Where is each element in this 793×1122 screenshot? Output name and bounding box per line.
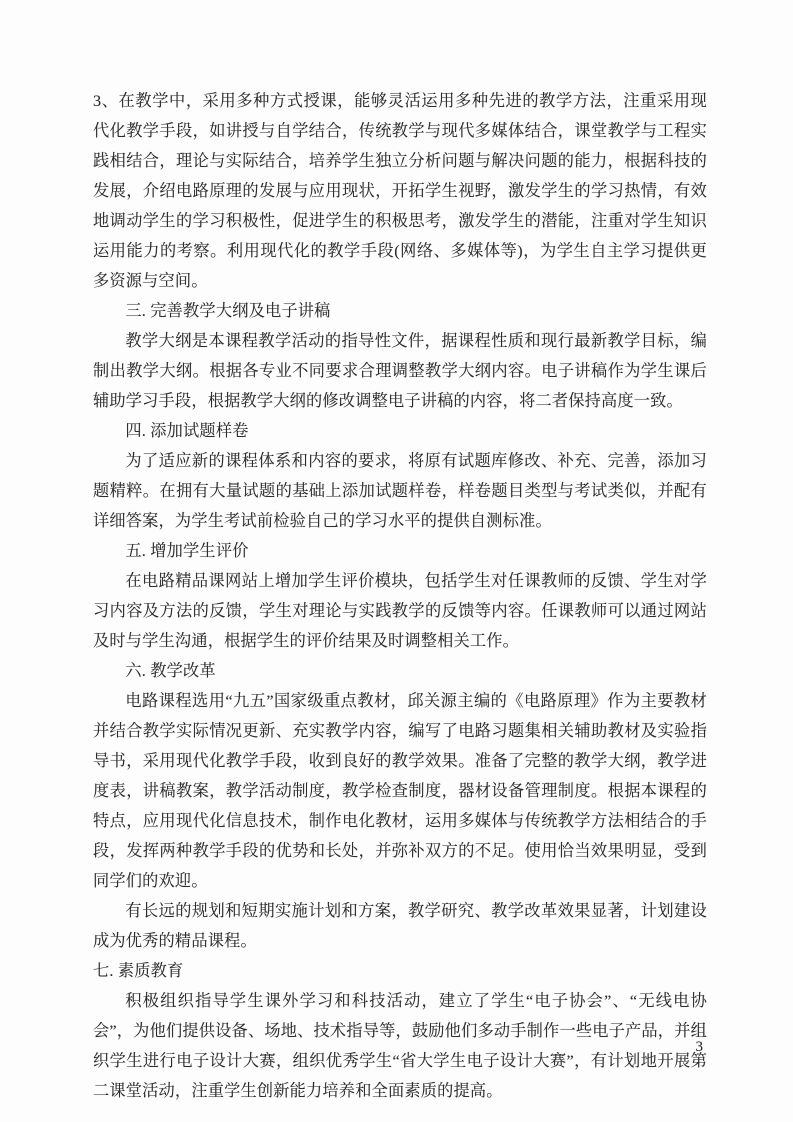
section-heading-5: 五. 增加学生评价	[93, 536, 707, 566]
paragraph-section-3: 教学大纲是本课程教学活动的指导性文件，据课程性质和现行最新教学目标，编制出教学大…	[93, 326, 707, 416]
section-heading-6: 六. 教学改革	[93, 656, 707, 686]
paragraph-section-4: 为了适应新的课程体系和内容的要求，将原有试题库修改、补充、完善，添加习题精粹。在…	[93, 446, 707, 536]
section-heading-4: 四. 添加试题样卷	[93, 416, 707, 446]
paragraph-continued-item-3: 3、在教学中，采用多种方式授课，能够灵活运用多种先进的教学方法，注重采用现代化教…	[93, 86, 707, 296]
section-heading-7: 七. 素质教育	[93, 956, 707, 986]
document-body: 3、在教学中，采用多种方式授课，能够灵活运用多种先进的教学方法，注重采用现代化教…	[93, 86, 707, 1106]
section-heading-3: 三. 完善教学大纲及电子讲稿	[93, 296, 707, 326]
paragraph-section-7: 积极组织指导学生课外学习和科技活动，建立了学生“电子协会”、“无线电协会”，为他…	[93, 986, 707, 1106]
document-page: 3、在教学中，采用多种方式授课，能够灵活运用多种先进的教学方法，注重采用现代化教…	[0, 0, 793, 1122]
paragraph-section-6-plan: 有长远的规划和短期实施计划和方案，教学研究、教学改革效果显著，计划建设成为优秀的…	[93, 896, 707, 956]
page-number: 3	[696, 1036, 704, 1058]
paragraph-section-5: 在电路精品课网站上增加学生评价模块，包括学生对任课教师的反馈、学生对学习内容及方…	[93, 566, 707, 656]
paragraph-section-6: 电路课程选用“九五”国家级重点教材，邱关源主编的《电路原理》作为主要教材并结合教…	[93, 686, 707, 896]
